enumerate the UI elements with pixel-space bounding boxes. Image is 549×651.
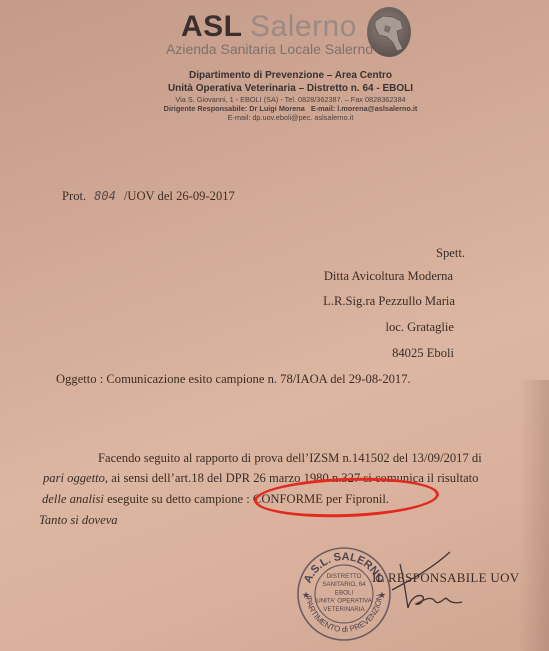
recipient-legal-rep: L.R.Sig.ra Pezzullo Maria [323,294,455,309]
body-line-3-rest: eseguite su detto campione : [104,492,253,506]
page-shadow [519,380,549,651]
logo-asl: ASL [181,10,243,44]
recipient-locality: loc. Grataglie [385,320,454,335]
body-line-3-italic: delle analisi [42,492,104,506]
svg-text:UNITA' OPERATIVA: UNITA' OPERATIVA [316,598,372,605]
official-stamp: A.S.L. SALERNO DIPARTIMENTO di PREVENZIO… [294,544,394,649]
recipient-salutation: Spett. [436,246,465,261]
pec-email: E-mail: dp.uov.eboli@pec. aslsalerno.it [0,113,549,122]
director-email: E-mail: l.morena@aslsalerno.it [311,104,417,113]
svg-text:SANITARIO, 64: SANITARIO, 64 [322,581,366,588]
logo-subtitle: Azienda Sanitaria Locale Salerno [166,41,373,57]
svg-text:★: ★ [378,590,386,600]
body-line-1: Facendo seguito al rapporto di prova del… [98,451,482,466]
svg-text:★: ★ [302,590,310,600]
recipient-company: Ditta Avicoltura Moderna [324,269,453,284]
protocol-line: Prot.804/UOV del 26-09-2017 [62,189,235,204]
svg-text:VETERINARIA: VETERINARIA [323,606,365,613]
office-address: Via S. Giovanni, 1 - EBOLI (SA) - Tel. 0… [0,95,549,104]
department-title: Dipartimento di Prevenzione – Area Centr… [0,70,549,81]
logo-salerno: Salerno [250,10,357,44]
svg-text:EBOLI: EBOLI [335,589,354,596]
protocol-suffix: /UOV del 26-09-2017 [124,189,235,203]
protocol-prefix: Prot. [62,189,86,203]
protocol-number: 804 [94,189,116,203]
closing-line: Tanto si doveva [39,513,118,528]
body-line-2-italic: pari oggetto, [43,471,108,485]
director-line: Dirigente Responsabile: Dr Luigi Morena … [0,104,549,113]
campania-globe-icon [367,7,411,57]
subject-line: Oggetto : Comunicazione esito campione n… [56,372,411,387]
unit-title: Unità Operativa Veterinaria – Distretto … [0,83,549,94]
recipient-city: 84025 Eboli [392,346,454,361]
director-label: Dirigente Responsabile: Dr Luigi Morena [164,104,305,113]
svg-text:DISTRETTO: DISTRETTO [327,573,362,580]
handwritten-signature [390,550,490,625]
